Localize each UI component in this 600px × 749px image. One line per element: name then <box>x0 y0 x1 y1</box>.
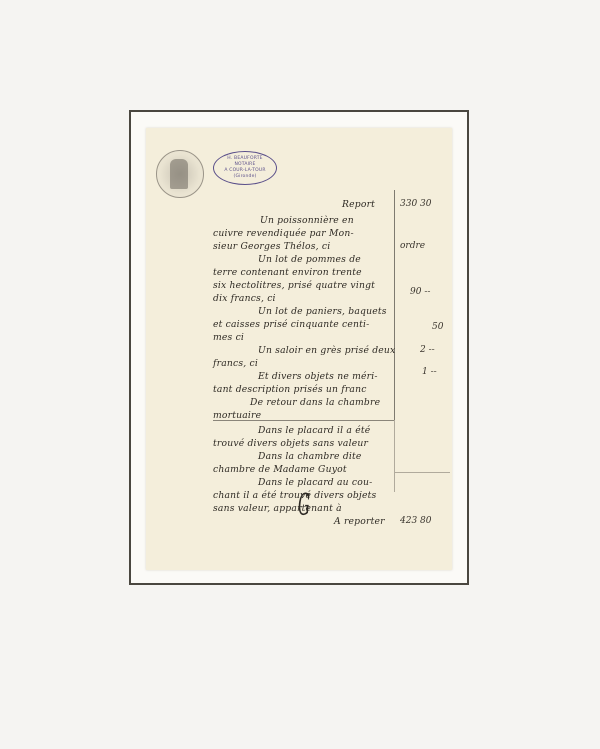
entry-line: trouvé divers objets sans valeur <box>213 438 368 449</box>
entry-line: francs, ci <box>213 358 258 369</box>
seal-emblem-icon <box>156 150 204 198</box>
carry-forward-label: A reporter <box>334 516 385 527</box>
amount-paniers: 50 <box>432 322 443 332</box>
stamp-line-4: (Gironde) <box>214 174 276 180</box>
column-divider-lower <box>394 420 395 492</box>
entry-line: terre contenant environ trente <box>213 267 362 278</box>
total-divider <box>394 472 450 473</box>
entry-line: cuivre revendiquée par Mon- <box>213 228 354 239</box>
notary-stamp: H. BEAUFORTE NOTAIRE A COUR-LA-TOUR (Gir… <box>213 151 277 185</box>
column-divider <box>394 190 395 420</box>
entry-line: Un lot de paniers, baquets <box>258 306 387 317</box>
entry-line: Un saloir en grès prisé deux <box>258 345 395 356</box>
amount-saloir: 2 -- <box>420 345 435 355</box>
amount-divers: 1 -- <box>422 367 437 377</box>
entry-line: tant description prisés un franc <box>213 384 367 395</box>
amount-report: 330 30 <box>400 199 432 209</box>
entry-line: Un poissonnière en <box>260 215 354 226</box>
amount-georges: ordre <box>400 241 425 251</box>
entry-line: six hectolitres, prisé quatre vingt <box>213 280 375 291</box>
entry-line: Dans le placard au cou- <box>258 477 372 488</box>
entry-line: mortuaire <box>213 410 261 421</box>
entry-line: De retour dans la chambre <box>250 397 380 408</box>
signature: G <box>298 488 310 523</box>
amount-reporter: 423 80 <box>400 516 432 526</box>
entry-line: Dans la chambre dite <box>258 451 362 462</box>
entry-line: sans valeur, appartenant à <box>213 503 342 514</box>
entry-line: Un lot de pommes de <box>258 254 361 265</box>
entry-line: dix francs, ci <box>213 293 276 304</box>
entry-line: chant il a été trouvé divers objets <box>213 490 376 501</box>
entry-line: mes ci <box>213 332 244 343</box>
amount-pommes: 90 -- <box>410 287 430 297</box>
header-report: Report <box>342 199 375 210</box>
entry-line: Et divers objets ne méri- <box>258 371 378 382</box>
entry-line: et caisses prisé cinquante centi- <box>213 319 369 330</box>
entry-line: sieur Georges Thélos, ci <box>213 241 330 252</box>
entry-line: Dans le placard il a été <box>258 425 370 436</box>
entry-line: chambre de Madame Guyot <box>213 464 347 475</box>
